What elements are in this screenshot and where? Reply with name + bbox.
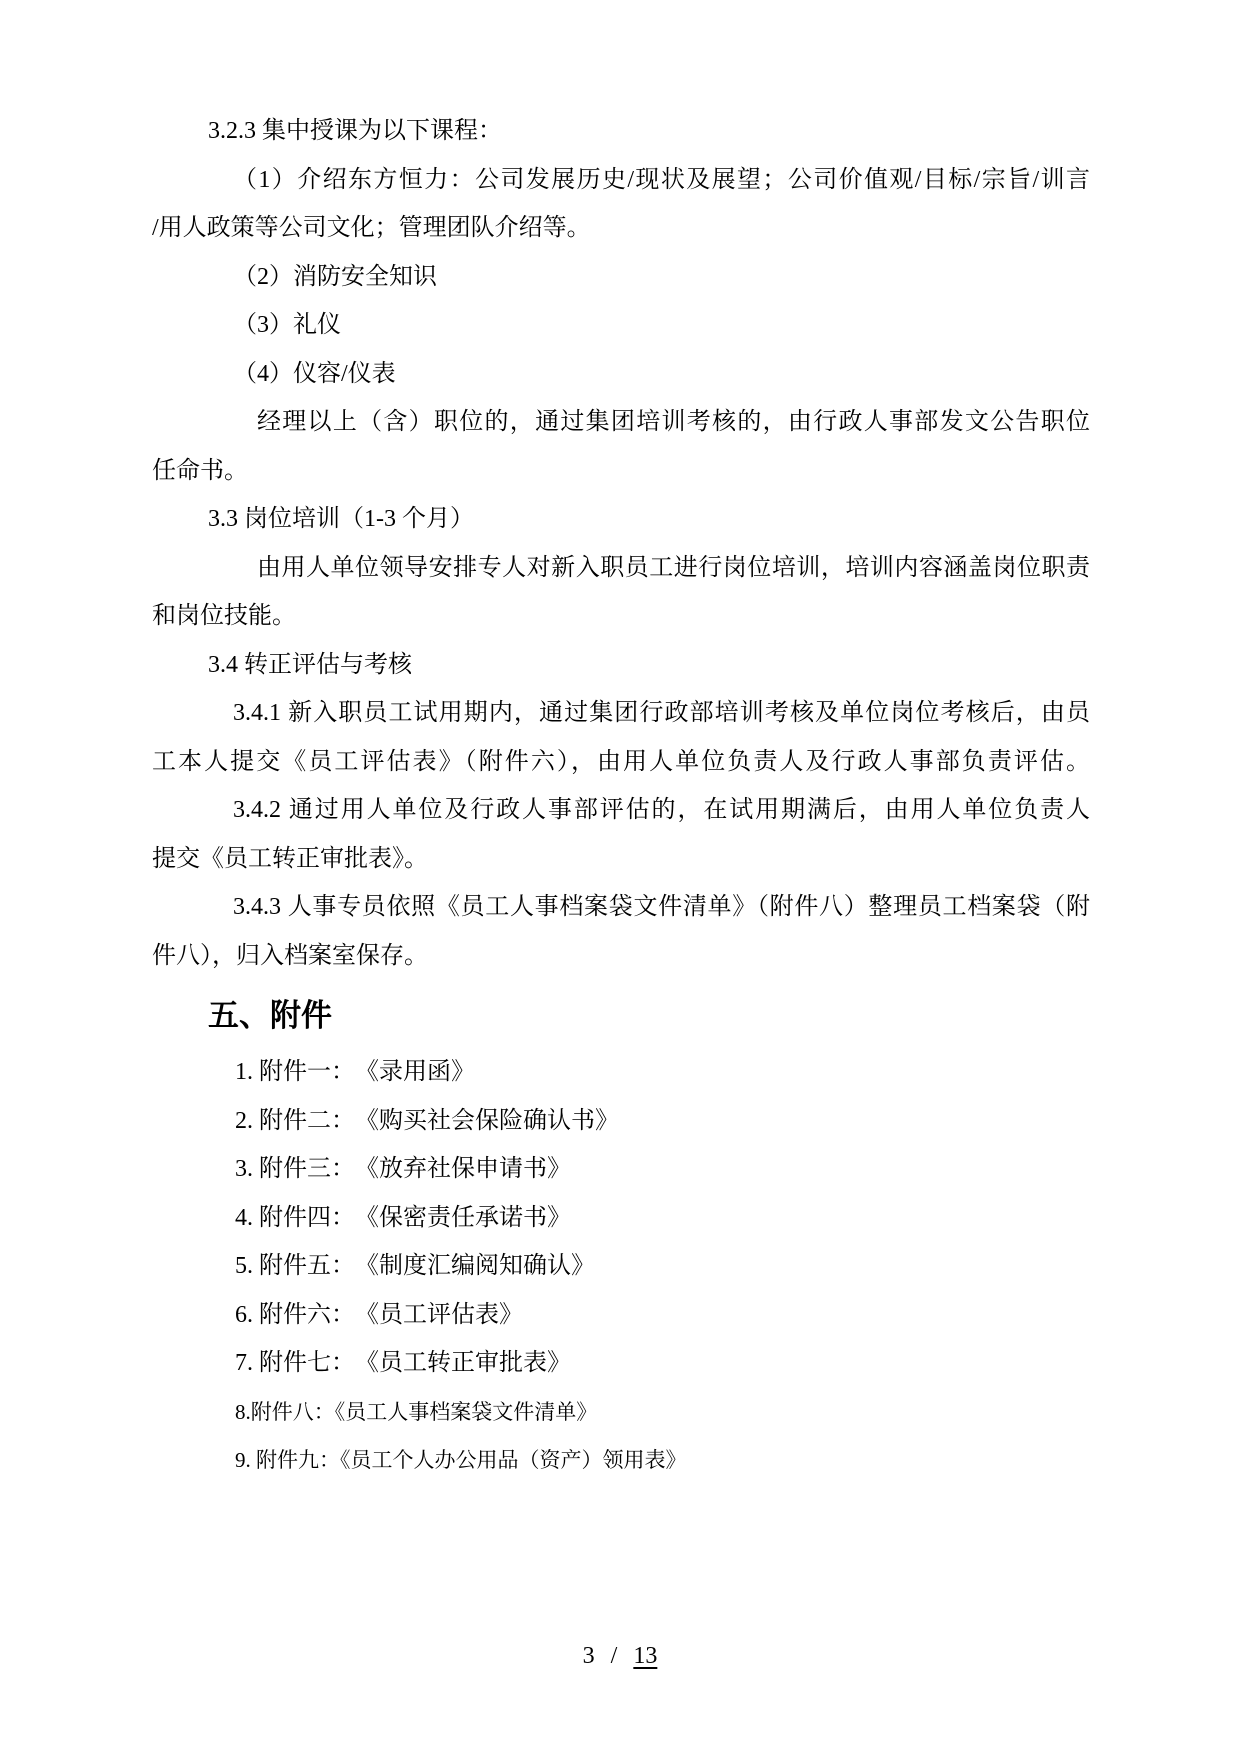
body-line-11: 和岗位技能。 [152,592,1090,641]
section-heading-attachments: 五、附件 [152,986,1090,1046]
attachment-item-1: 1. 附件一： 《录用函》 [152,1048,1090,1097]
document-page: 3.2.3 集中授课为以下课程： （1）介绍东方恒力：公司发展历史/现状及展望；… [0,0,1240,1754]
body-line-7: 经理以上（含）职位的，通过集团培训考核的，由行政人事部发文公告职位 [152,398,1090,447]
attachment-item-5: 5. 附件五： 《制度汇编阅知确认》 [152,1242,1090,1291]
page-number-current: 3 [583,1638,595,1674]
body-line-3: /用人政策等公司文化；管理团队介绍等。 [152,204,1090,253]
attachment-item-3: 3. 附件三： 《放弃社保申请书》 [152,1145,1090,1194]
attachment-item-9: 9. 附件九：《员工个人办公用品（资产）领用表》 [152,1436,1090,1485]
body-line-6: （4）仪容/仪表 [152,350,1090,399]
body-line-16: 提交《员工转正审批表》。 [152,835,1090,884]
page-footer: 3 / 13 [0,1638,1240,1674]
body-line-13: 3.4.1 新入职员工试用期内，通过集团行政部培训考核及单位岗位考核后，由员 [152,689,1090,738]
page-number-separator: / [611,1638,618,1674]
body-line-9: 3.3 岗位培训（1-3 个月） [152,495,1090,544]
body-line-15: 3.4.2 通过用人单位及行政人事部评估的，在试用期满后，由用人单位负责人 [152,786,1090,835]
document-body: 3.2.3 集中授课为以下课程： （1）介绍东方恒力：公司发展历史/现状及展望；… [152,107,1090,1485]
body-line-1: 3.2.3 集中授课为以下课程： [152,107,1090,156]
body-line-14: 工本人提交《员工评估表》（附件六），由用人单位负责人及行政人事部负责评估。 [152,738,1090,787]
attachment-item-2: 2. 附件二： 《购买社会保险确认书》 [152,1097,1090,1146]
attachment-item-8: 8.附件八：《员工人事档案袋文件清单》 [152,1388,1090,1437]
attachment-item-6: 6. 附件六： 《员工评估表》 [152,1291,1090,1340]
body-line-18: 件八），归入档案室保存。 [152,932,1090,981]
attachment-item-4: 4. 附件四： 《保密责任承诺书》 [152,1194,1090,1243]
body-line-2: （1）介绍东方恒力：公司发展历史/现状及展望；公司价值观/目标/宗旨/训言 [152,156,1090,205]
body-line-12: 3.4 转正评估与考核 [152,641,1090,690]
body-line-10: 由用人单位领导安排专人对新入职员工进行岗位培训，培训内容涵盖岗位职责 [152,544,1090,593]
attachment-item-7: 7. 附件七： 《员工转正审批表》 [152,1339,1090,1388]
body-line-4: （2）消防安全知识 [152,253,1090,302]
body-line-5: （3）礼仪 [152,301,1090,350]
body-line-17: 3.4.3 人事专员依照《员工人事档案袋文件清单》（附件八）整理员工档案袋（附 [152,883,1090,932]
body-line-8: 任命书。 [152,447,1090,496]
page-number-total: 13 [633,1638,657,1674]
